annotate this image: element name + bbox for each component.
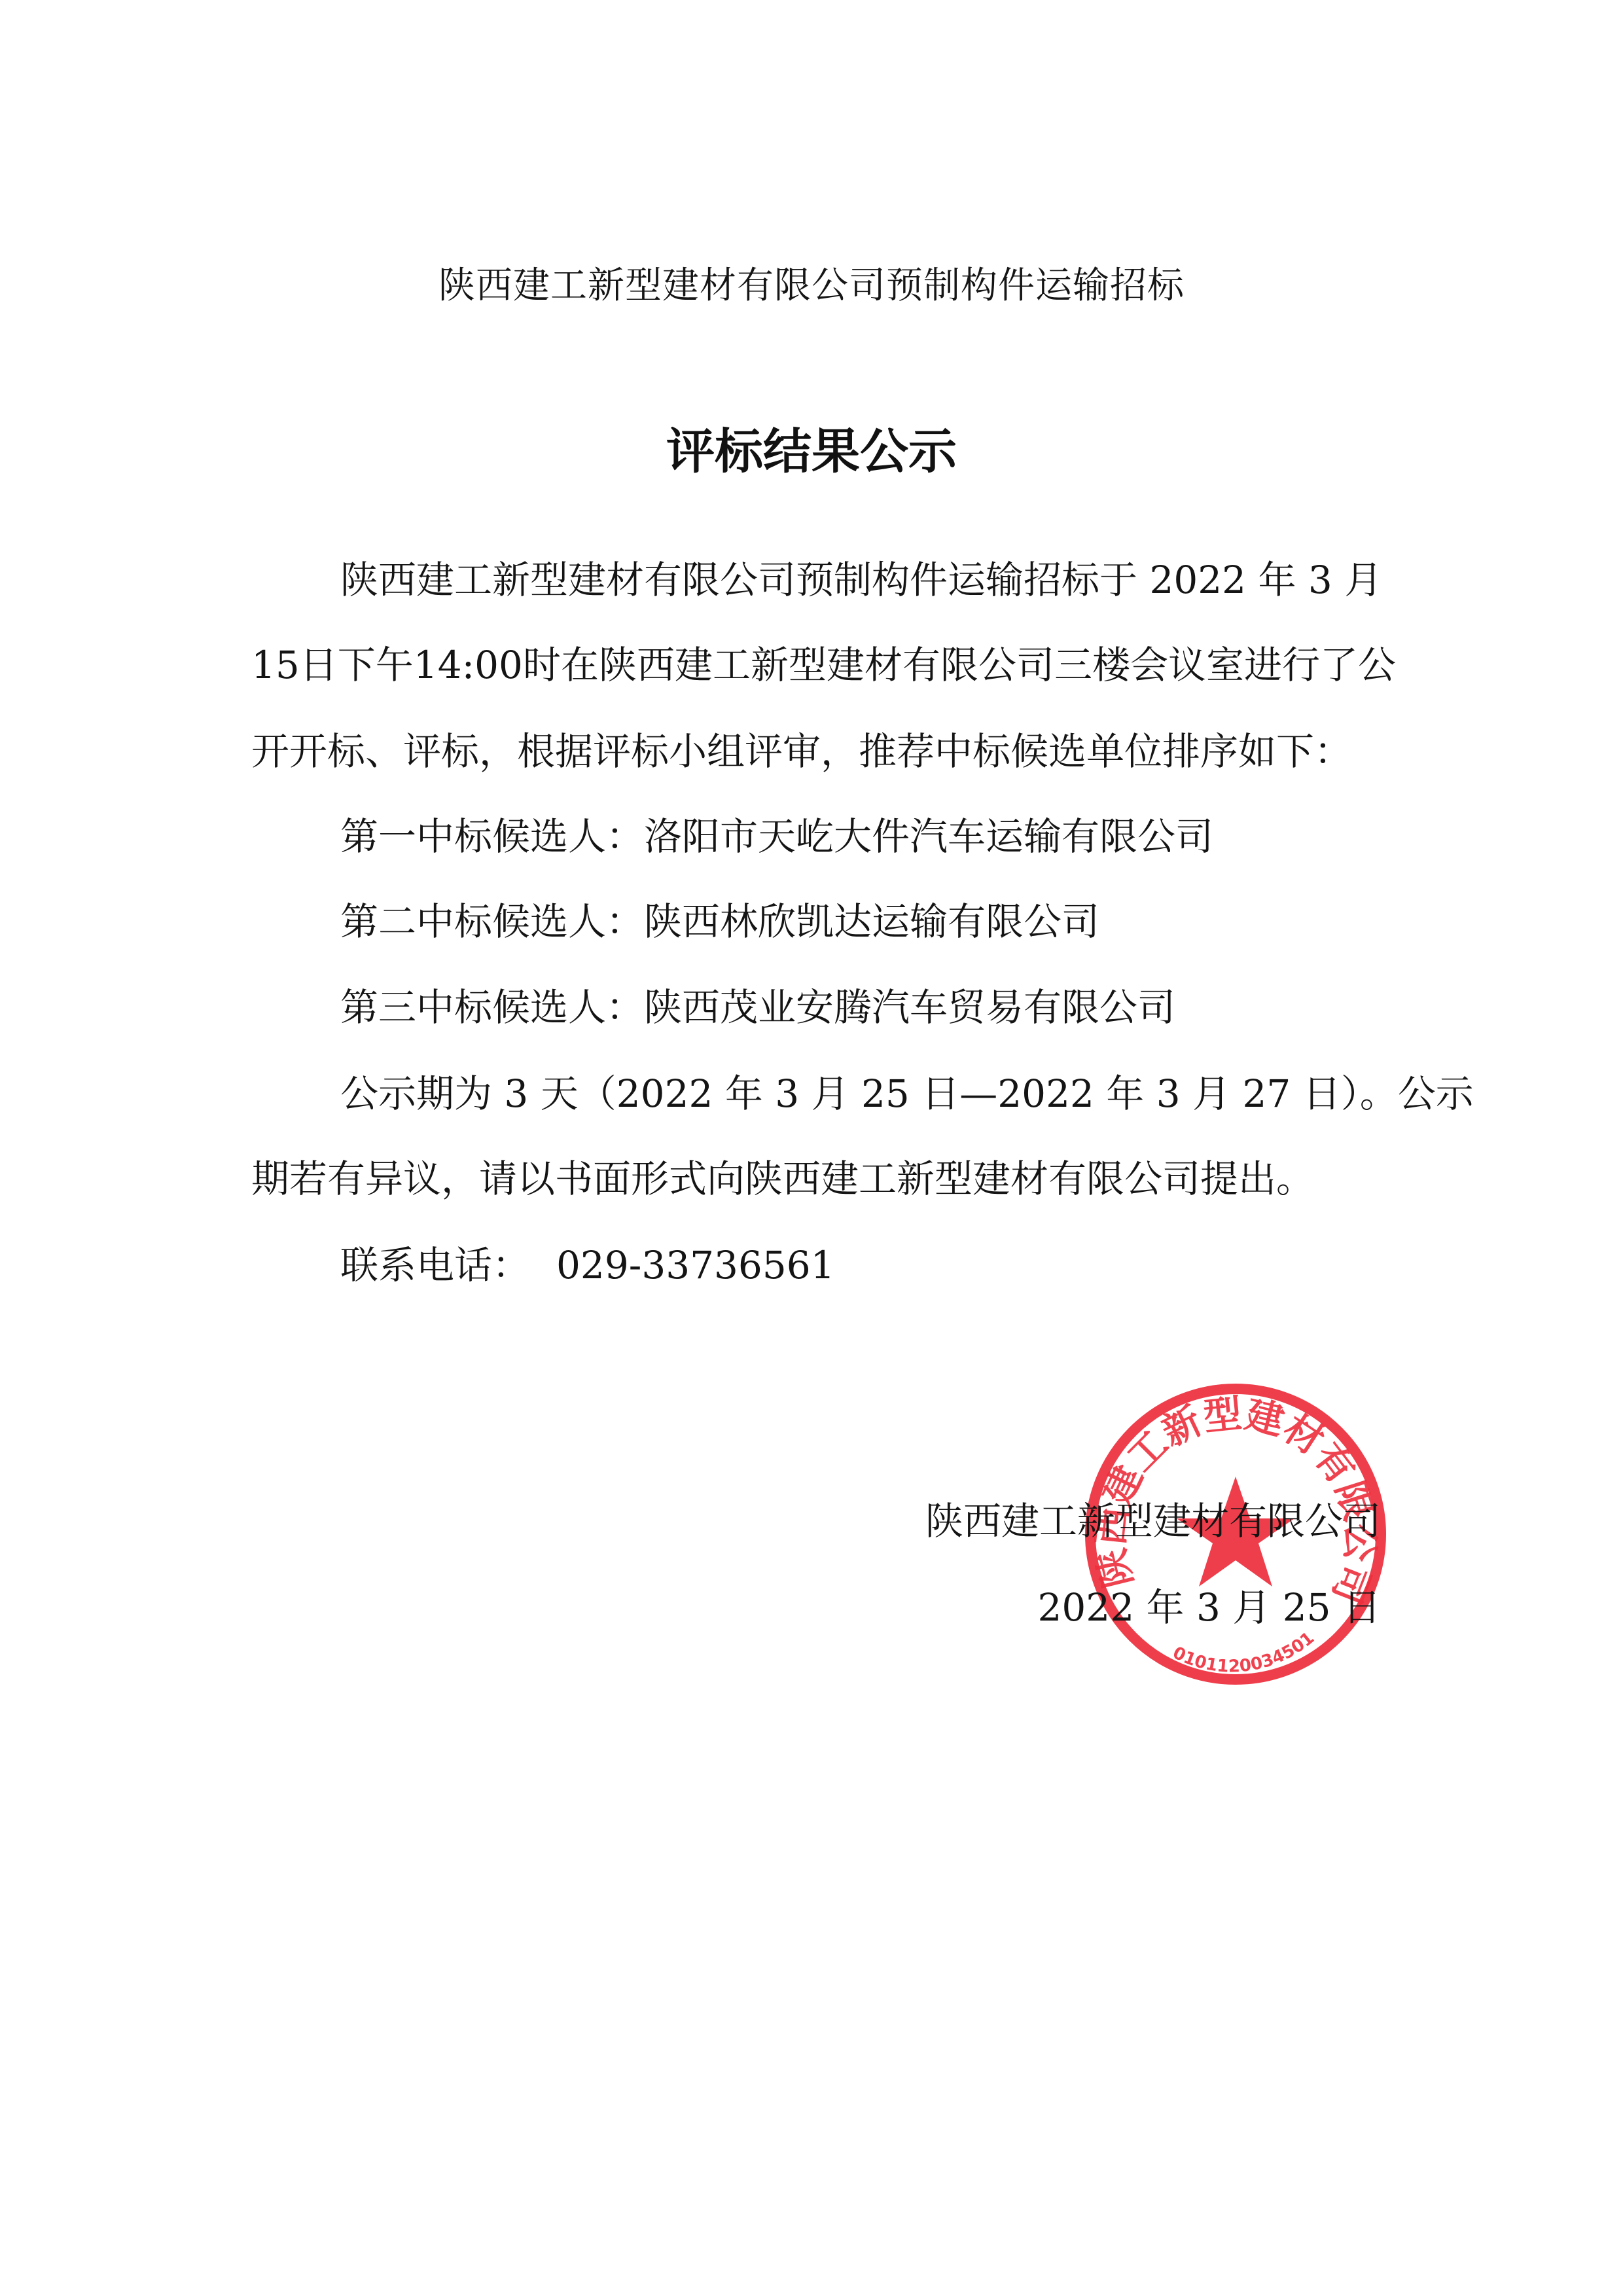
candidate-name: 陕西茂业安腾汽车贸易有限公司 (644, 985, 1175, 1030)
candidate-item-2: 第二中标候选人：陕西林欣凯达运输有限公司 (340, 899, 1099, 944)
seal-number: 0101120034501 (1169, 1628, 1318, 1677)
paragraph-line: 15日下午14:00时在陕西建工新型建材有限公司三楼会议室进行了公 (251, 643, 1381, 687)
candidate-item-3: 第三中标候选人：陕西茂业安腾汽车贸易有限公司 (340, 985, 1175, 1030)
candidate-name: 洛阳市天屹大件汽车运输有限公司 (644, 814, 1213, 859)
document-title: 陕西建工新型建材有限公司预制构件运输招标 (0, 265, 1623, 307)
candidate-item-1: 第一中标候选人：洛阳市天屹大件汽车运输有限公司 (340, 814, 1213, 859)
contact-phone: 029-33736561 (556, 1243, 835, 1287)
contact-label: 联系电话： (340, 1243, 530, 1287)
paragraph-line: 开开标、评标，根据评标小组评审，推荐中标候选单位排序如下： (251, 729, 1331, 774)
svg-text:0101120034501: 0101120034501 (1169, 1628, 1318, 1677)
document-heading: 评标结果公示 (0, 425, 1623, 478)
candidate-rank: 第三中标候选人： (340, 985, 644, 1030)
paragraph-line: 公示期为 3 天（2022 年 3 月 25 日—2022 年 3 月 27 日… (340, 1071, 1381, 1116)
paragraph-line: 陕西建工新型建材有限公司预制构件运输招标于 2022 年 3 月 (340, 558, 1381, 602)
paragraph-line: 期若有异议，请以书面形式向陕西建工新型建材有限公司提出。 (251, 1157, 1314, 1201)
candidate-rank: 第二中标候选人： (340, 899, 644, 944)
signature-date: 2022 年 3 月 25 日 (1038, 1585, 1382, 1630)
candidate-rank: 第一中标候选人： (340, 814, 644, 859)
contact-line: 联系电话：029-33736561 (340, 1243, 835, 1287)
candidate-name: 陕西林欣凯达运输有限公司 (644, 899, 1099, 944)
signature-company: 陕西建工新型建材有限公司 (925, 1499, 1381, 1543)
